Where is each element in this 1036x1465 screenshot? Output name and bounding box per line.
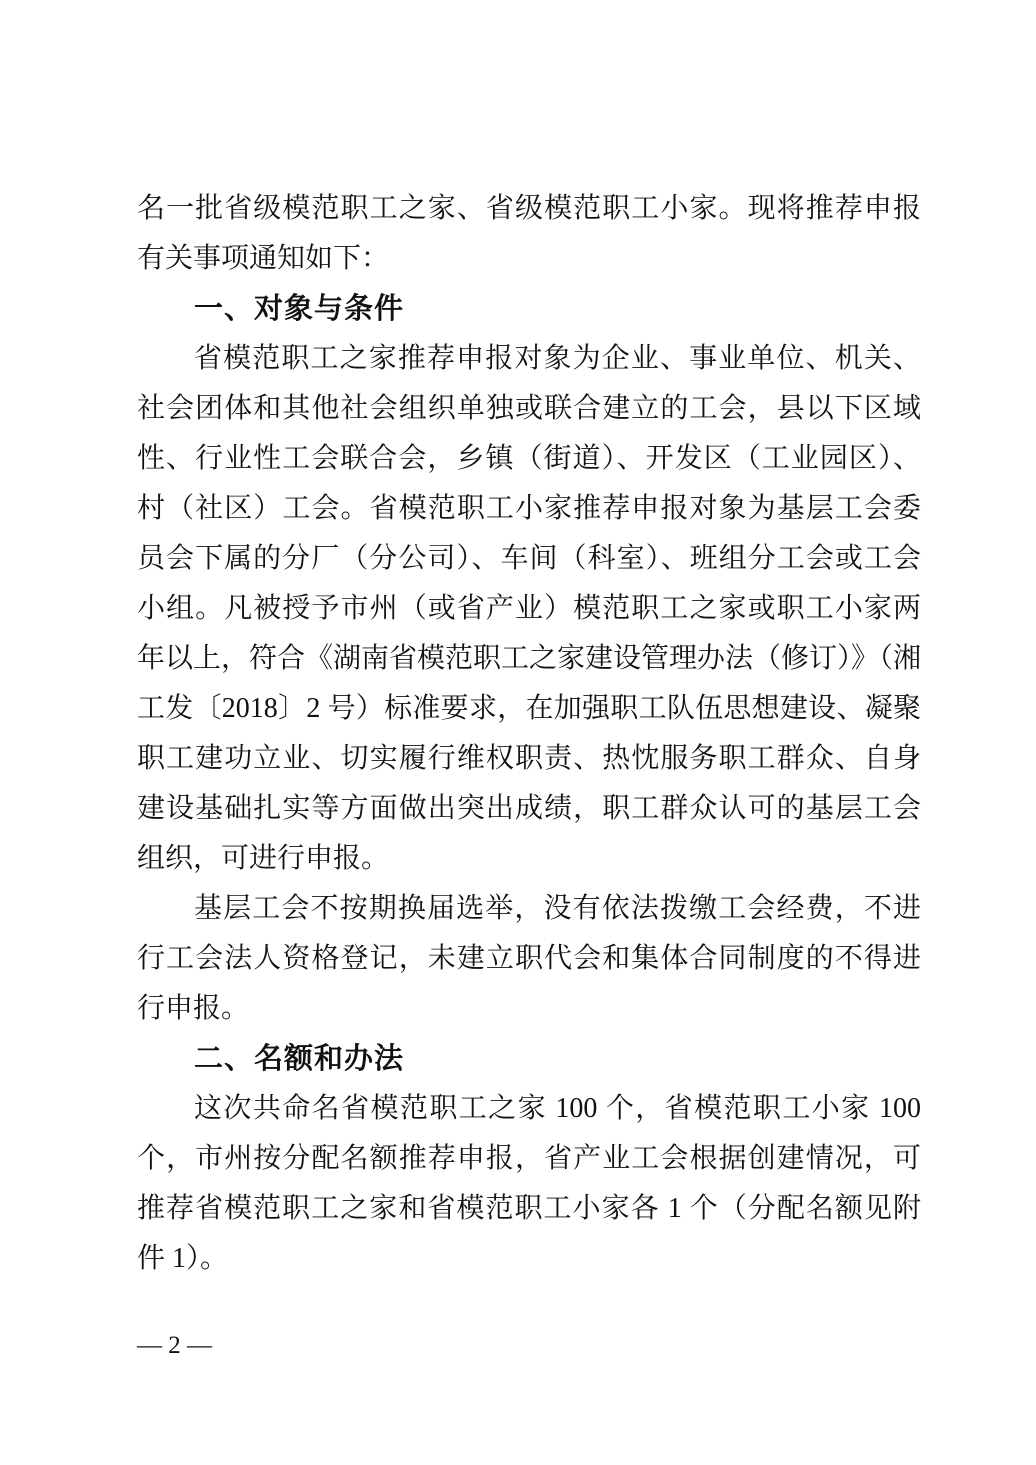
body-line: 村（社区）工会。省模范职工小家推荐申报对象为基层工会委 xyxy=(137,484,921,534)
page-number: — 2 — xyxy=(137,1330,212,1362)
body-line: 基层工会不按期换届选举，没有依法拨缴工会经费，不进 xyxy=(137,884,921,934)
body-line: 工发〔2018〕2 号）标准要求，在加强职工队伍思想建设、凝聚 xyxy=(137,684,921,734)
body-line: 组织，可进行申报。 xyxy=(137,834,921,884)
body-line: 员会下属的分厂（分公司）、车间（科室）、班组分工会或工会 xyxy=(137,534,921,584)
body-line: 推荐省模范职工之家和省模范职工小家各 1 个（分配名额见附 xyxy=(137,1184,921,1234)
body-line: 名一批省级模范职工之家、省级模范职工小家。现将推荐申报 xyxy=(137,184,921,234)
body-line: 有关事项通知如下： xyxy=(137,234,921,284)
body-line: 性、行业性工会联合会，乡镇（街道）、开发区（工业园区）、 xyxy=(137,434,921,484)
body-line: 小组。凡被授予市州（或省产业）模范职工之家或职工小家两 xyxy=(137,584,921,634)
body-line: 省模范职工之家推荐申报对象为企业、事业单位、机关、 xyxy=(137,334,921,384)
body-line: 行工会法人资格登记，未建立职代会和集体合同制度的不得进 xyxy=(137,934,921,984)
body-line: 职工建功立业、切实履行维权职责、热忱服务职工群众、自身 xyxy=(137,734,921,784)
body-line: 个，市州按分配名额推荐申报，省产业工会根据创建情况，可 xyxy=(137,1134,921,1184)
document-body: 名一批省级模范职工之家、省级模范职工小家。现将推荐申报有关事项通知如下：一、对象… xyxy=(137,184,921,1284)
body-line: 这次共命名省模范职工之家 100 个，省模范职工小家 100 xyxy=(137,1084,921,1134)
document-page: 名一批省级模范职工之家、省级模范职工小家。现将推荐申报有关事项通知如下：一、对象… xyxy=(0,0,1036,1465)
body-line: 件 1）。 xyxy=(137,1234,921,1284)
body-line: 建设基础扎实等方面做出突出成绩，职工群众认可的基层工会 xyxy=(137,784,921,834)
body-line: 社会团体和其他社会组织单独或联合建立的工会，县以下区域 xyxy=(137,384,921,434)
heading-line: 二、名额和办法 xyxy=(137,1034,921,1084)
body-line: 行申报。 xyxy=(137,984,921,1034)
heading-line: 一、对象与条件 xyxy=(137,284,921,334)
body-line: 年以上，符合《湖南省模范职工之家建设管理办法（修订）》（湘 xyxy=(137,634,921,684)
